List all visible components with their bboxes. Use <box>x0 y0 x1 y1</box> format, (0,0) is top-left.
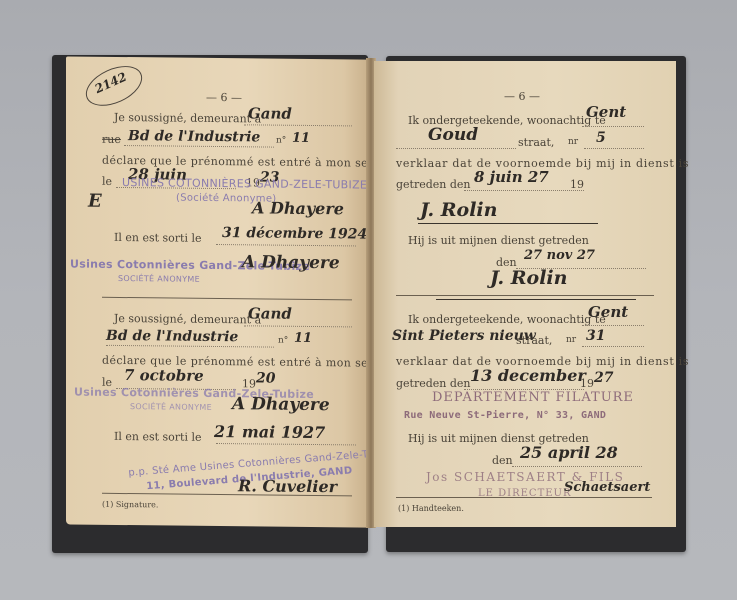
hw-mark: E <box>88 193 102 211</box>
hw-street: Goud <box>428 127 478 144</box>
hw-number: 31 <box>586 329 605 343</box>
hw-entry-date: 7 octobre <box>124 368 204 384</box>
left-page: 2142 — 6 — Je soussigné, demeurant à Gan… <box>66 56 368 527</box>
signature: A Dhayere <box>252 200 344 217</box>
hw-entry-date: 13 december <box>470 368 586 384</box>
hw-number: 5 <box>596 131 606 145</box>
company-stamp-sub: SOCIÉTÉ ANONYME <box>130 403 212 412</box>
hw-exit-date: 25 april 28 <box>520 445 618 461</box>
right-page: — 6 — Ik ondergeteekende, woonachtig te … <box>374 61 676 527</box>
printed-exit: Il en est sorti le <box>114 431 202 443</box>
signature: J. Rolin <box>490 269 567 288</box>
company-stamp-sub: SOCIÉTÉ ANONYME <box>118 275 200 284</box>
signature: A Dhayere <box>232 396 330 414</box>
hw-street: Bd de l'Industrie <box>128 129 260 144</box>
printed-year: 19 <box>580 378 594 389</box>
printed-declare: Je soussigné, demeurant à <box>114 112 261 125</box>
divider <box>396 295 654 296</box>
signature: R. Cuvelier <box>238 478 337 495</box>
hw-number: 11 <box>292 132 310 145</box>
printed-den: getreden den <box>396 378 471 389</box>
divider <box>396 497 652 498</box>
printed-no: n° <box>276 137 286 146</box>
hw-city: Gand <box>248 106 292 121</box>
printed-no: nr <box>566 336 576 345</box>
hw-city: Gent <box>588 305 628 320</box>
signature-underline <box>418 223 598 224</box>
hw-exit-date: 31 décembre 1924 <box>222 226 367 242</box>
printed-den2: den <box>492 455 513 466</box>
department-stamp-address: Rue Neuve St-Pierre, N° 33, GAND <box>404 411 606 421</box>
printed-no: nr <box>568 138 578 147</box>
printed-le: le <box>102 176 112 187</box>
company-stamp: USINES COTONNIÈRES GAND-ZELE-TUBIZE <box>122 177 367 191</box>
printed-declare: Je soussigné, demeurant à <box>114 313 261 326</box>
signature: Schaetsaert <box>564 481 650 494</box>
printed-declare: Ik ondergeteekende, woonachtig te <box>408 314 606 325</box>
hw-entry-year: 27 <box>594 371 613 385</box>
hw-exit-date: 21 mai 1927 <box>214 424 325 441</box>
printed-den: getreden den <box>396 179 471 190</box>
printed-year: 19 <box>570 179 584 190</box>
signature: A Dhayere <box>242 254 340 272</box>
printed-street: rue <box>102 134 121 145</box>
signature: J. Rolin <box>420 201 497 220</box>
printed-street: straat, <box>516 335 552 346</box>
hw-city: Gand <box>248 306 292 321</box>
signature-underline <box>436 299 636 300</box>
hw-street: Bd de l'Industrie <box>106 329 238 344</box>
page-number: — 6 — <box>504 91 540 102</box>
hw-entry-date: 8 juin 27 <box>474 170 549 185</box>
hw-exit-date: 27 nov 27 <box>524 249 595 262</box>
hw-entry-year: 20 <box>256 371 275 385</box>
hw-city: Gent <box>586 105 626 120</box>
footnote: (1) Signature. <box>102 501 158 510</box>
department-stamp: DEPARTEMENT FILATURE <box>432 391 634 404</box>
hw-number: 11 <box>294 332 312 345</box>
divider <box>102 297 352 301</box>
footnote: (1) Handteeken. <box>398 505 464 513</box>
printed-no: n° <box>278 337 288 346</box>
hw-street: Sint Pieters nieuw <box>392 329 536 343</box>
printed-exit: Hij is uit mijnen dienst getreden <box>408 235 589 246</box>
printed-exit: Il en est sorti le <box>114 232 202 244</box>
printed-street: straat, <box>518 137 554 148</box>
page-number: — 6 — <box>206 92 242 103</box>
